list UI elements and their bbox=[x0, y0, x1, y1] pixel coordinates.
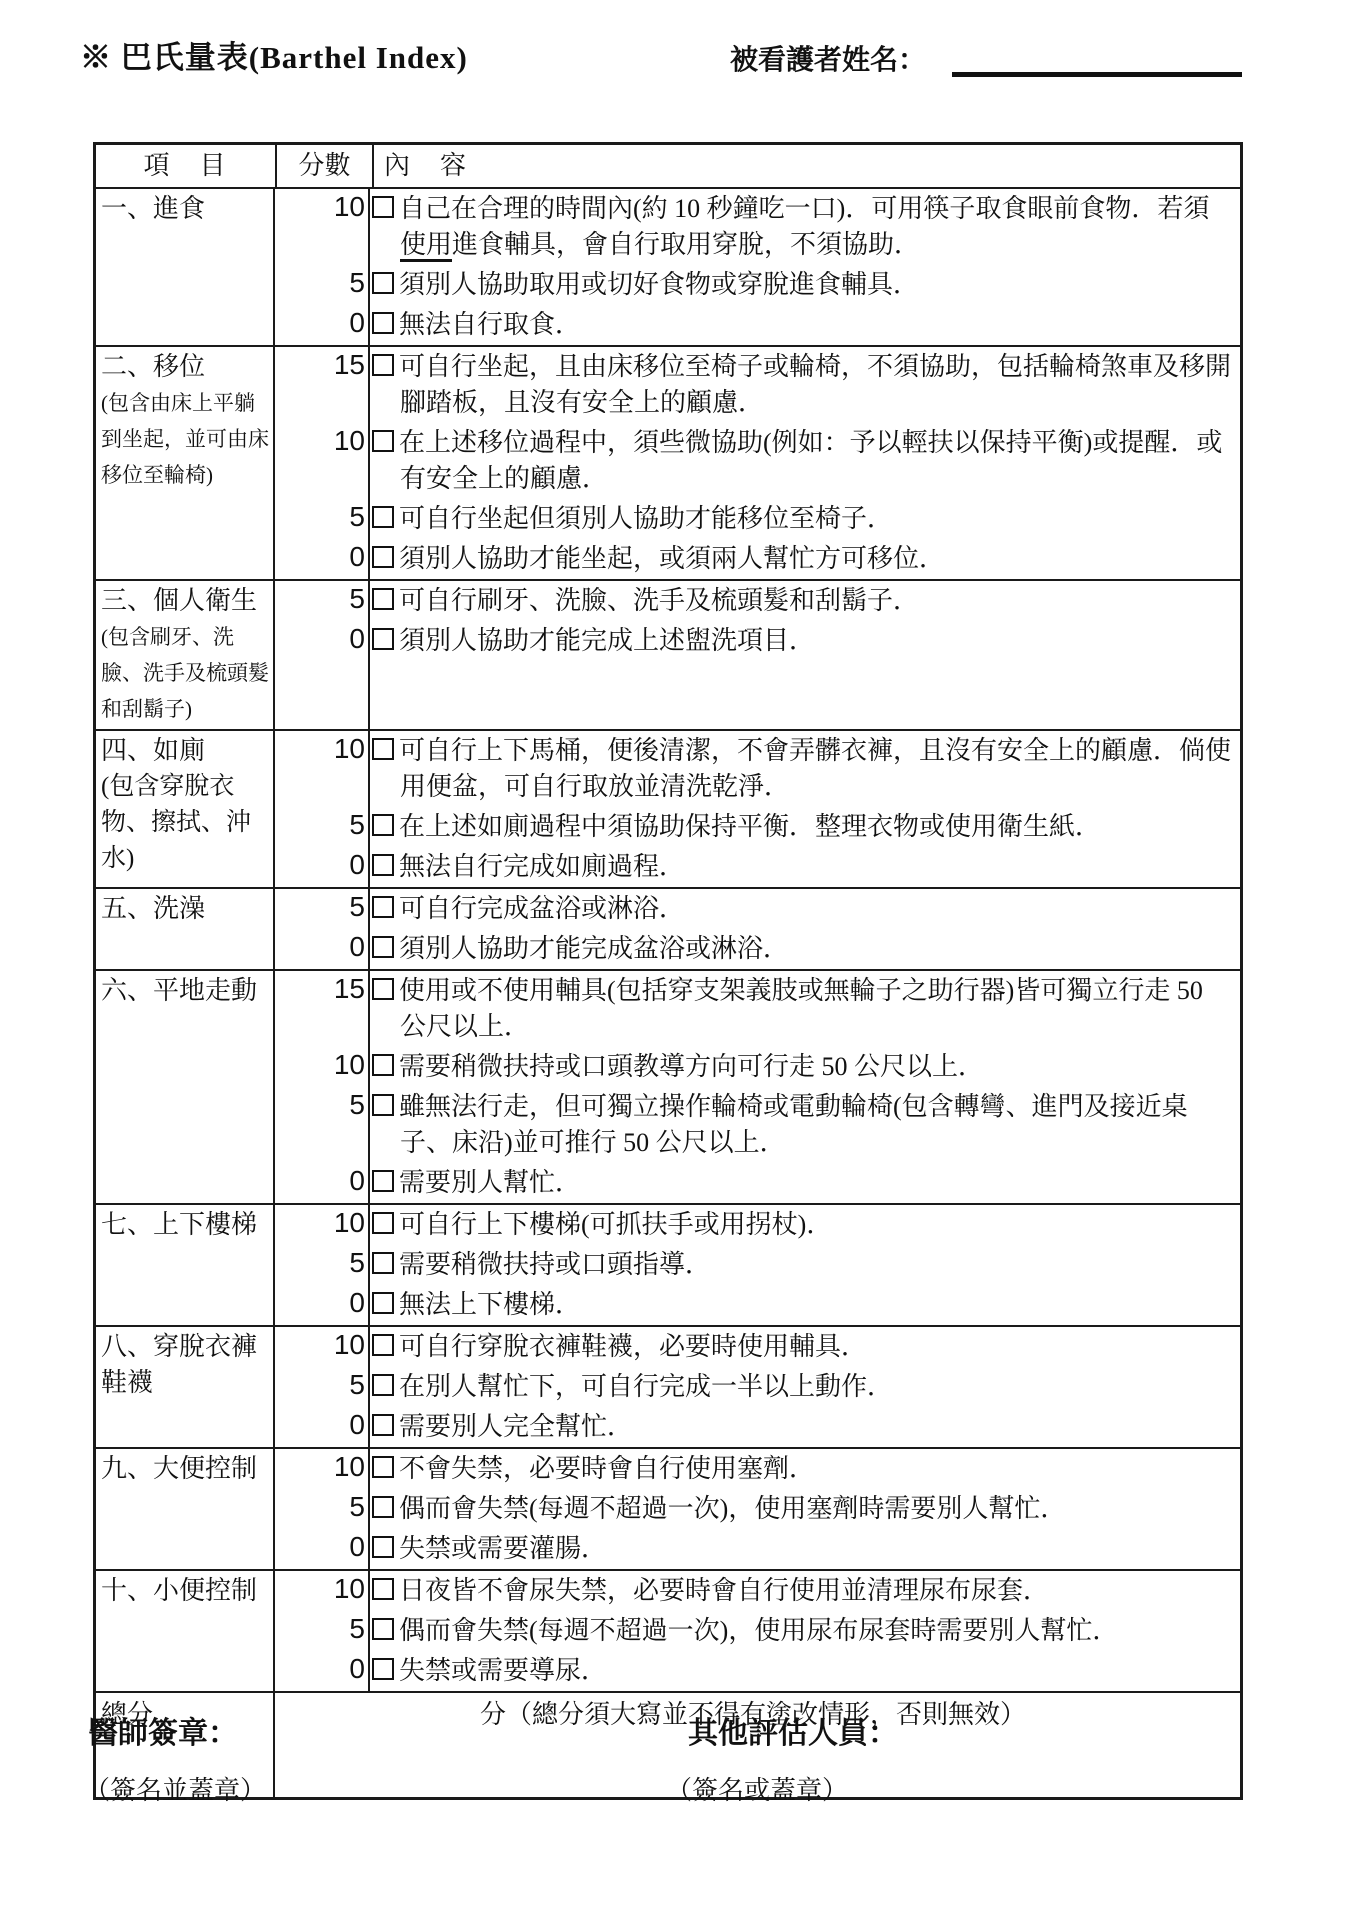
option-text: 在上述如廁過程中須協助保持平衡．整理衣物或使用衛生紙． bbox=[370, 807, 1240, 847]
checkbox-icon[interactable] bbox=[372, 1054, 394, 1076]
item-row: 四、如廁(包含穿脫衣物、擦拭、沖水)10可自行上下馬桶，便後清潔，不會弄髒衣褲，… bbox=[96, 729, 1240, 887]
option-score-value: 5 bbox=[275, 1367, 370, 1407]
option-text: 使用或不使用輔具(包括穿支架義肢或無輪子之助行器)皆可獨立行走 50 公尺以上． bbox=[370, 971, 1240, 1047]
option-text: 失禁或需要灌腸． bbox=[370, 1529, 1240, 1569]
item-row: 七、上下樓梯10可自行上下樓梯(可抓扶手或用拐杖)．5需要稍微扶持或口頭指導．0… bbox=[96, 1203, 1240, 1325]
option-row: 10可自行穿脫衣褲鞋襪，必要時使用輔具． bbox=[275, 1327, 1240, 1367]
option-score-value: 5 bbox=[275, 1087, 370, 1163]
option-score-value: 5 bbox=[275, 889, 370, 929]
checkbox-icon[interactable] bbox=[372, 1618, 394, 1640]
checkbox-icon[interactable] bbox=[372, 1292, 394, 1314]
option-text: 在上述移位過程中，須些微協助(例如：予以輕扶以保持平衡)或提醒．或有安全上的顧慮… bbox=[370, 423, 1240, 499]
option-text: 偶而會失禁(每週不超過一次)，使用尿布尿套時需要別人幫忙． bbox=[370, 1611, 1240, 1651]
option-text: 須別人協助才能坐起，或須兩人幫忙方可移位． bbox=[370, 539, 1240, 579]
option-text: 可自行坐起但須別人協助才能移位至椅子． bbox=[370, 499, 1240, 539]
option-score-value: 10 bbox=[275, 189, 370, 265]
item-options: 10日夜皆不會尿失禁，必要時會自行使用並清理尿布尿套．5偶而會失禁(每週不超過一… bbox=[275, 1571, 1240, 1691]
checkbox-icon[interactable] bbox=[372, 430, 394, 452]
other-assessor-label: 其他評估人員： bbox=[688, 1708, 898, 1752]
checkbox-icon[interactable] bbox=[372, 196, 394, 218]
option-score-value: 10 bbox=[275, 1047, 370, 1087]
option-score-value: 5 bbox=[275, 265, 370, 305]
header-item-column: 項 目 bbox=[96, 145, 277, 187]
page-title: ※ 巴氏量表(Barthel Index) bbox=[80, 32, 468, 77]
option-score-value: 0 bbox=[275, 1529, 370, 1569]
option-text: 需要別人完全幫忙． bbox=[370, 1407, 1240, 1447]
item-options: 10可自行上下馬桶，便後清潔，不會弄髒衣褲，且沒有安全上的顧慮．倘使用便盆，可自… bbox=[275, 731, 1240, 887]
checkbox-icon[interactable] bbox=[372, 978, 394, 1000]
header-content-column: 內 容 bbox=[374, 145, 1240, 187]
option-row: 0失禁或需要導尿． bbox=[275, 1651, 1240, 1691]
item-row: 五、洗澡5可自行完成盆浴或淋浴．0須別人協助才能完成盆浴或淋浴． bbox=[96, 887, 1240, 969]
option-score-value: 0 bbox=[275, 539, 370, 579]
option-text: 可自行上下馬桶，便後清潔，不會弄髒衣褲，且沒有安全上的顧慮．倘使用便盆，可自行取… bbox=[370, 731, 1240, 807]
item-label-cell: 三、個人衛生(包含刷牙、洗臉、洗手及梳頭髮和刮鬍子) bbox=[96, 581, 275, 729]
checkbox-icon[interactable] bbox=[372, 628, 394, 650]
checkbox-icon[interactable] bbox=[372, 546, 394, 568]
item-label-cell: 十、小便控制 bbox=[96, 1571, 275, 1691]
checkbox-icon[interactable] bbox=[372, 1658, 394, 1680]
option-text: 可自行坐起，且由床移位至椅子或輪椅，不須協助，包括輪椅煞車及移開腳踏板，且沒有安… bbox=[370, 347, 1240, 423]
item-label: 九、大便控制 bbox=[101, 1451, 270, 1487]
item-options: 15可自行坐起，且由床移位至椅子或輪椅，不須協助，包括輪椅煞車及移開腳踏板，且沒… bbox=[275, 347, 1240, 579]
item-row: 六、平地走動15使用或不使用輔具(包括穿支架義肢或無輪子之助行器)皆可獨立行走 … bbox=[96, 969, 1240, 1203]
option-row: 0需要別人完全幫忙． bbox=[275, 1407, 1240, 1447]
checkbox-icon[interactable] bbox=[372, 1456, 394, 1478]
item-label: 八、穿脫衣褲鞋襪 bbox=[101, 1329, 270, 1401]
option-row: 5可自行坐起但須別人協助才能移位至椅子． bbox=[275, 499, 1240, 539]
option-row: 5需要稍微扶持或口頭指導． bbox=[275, 1245, 1240, 1285]
checkbox-icon[interactable] bbox=[372, 312, 394, 334]
item-note: (包含穿脫衣物、擦拭、沖水) bbox=[101, 769, 270, 877]
option-row: 10可自行上下樓梯(可抓扶手或用拐杖)． bbox=[275, 1205, 1240, 1245]
option-row: 5須別人協助取用或切好食物或穿脫進食輔具． bbox=[275, 265, 1240, 305]
item-label-cell: 二、移位(包含由床上平躺到坐起，並可由床移位至輪椅) bbox=[96, 347, 275, 579]
item-options: 10不會失禁，必要時會自行使用塞劑．5偶而會失禁(每週不超過一次)，使用塞劑時需… bbox=[275, 1449, 1240, 1569]
option-row: 5在上述如廁過程中須協助保持平衡．整理衣物或使用衛生紙． bbox=[275, 807, 1240, 847]
item-row: 三、個人衛生(包含刷牙、洗臉、洗手及梳頭髮和刮鬍子)5可自行刷牙、洗臉、洗手及梳… bbox=[96, 579, 1240, 729]
checkbox-icon[interactable] bbox=[372, 588, 394, 610]
item-label: 三、個人衛生 bbox=[101, 583, 270, 619]
option-row: 5可自行完成盆浴或淋浴． bbox=[275, 889, 1240, 929]
item-label: 四、如廁 bbox=[101, 733, 270, 769]
item-row: 一、進食10自己在合理的時間內(約 10 秒鐘吃一口)．可用筷子取食眼前食物．若… bbox=[96, 187, 1240, 345]
option-score-value: 0 bbox=[275, 1407, 370, 1447]
option-text: 需要稍微扶持或口頭教導方向可行走 50 公尺以上． bbox=[370, 1047, 1240, 1087]
option-score-value: 5 bbox=[275, 499, 370, 539]
checkbox-icon[interactable] bbox=[372, 1170, 394, 1192]
option-text: 在別人幫忙下，可自行完成一半以上動作． bbox=[370, 1367, 1240, 1407]
option-score-value: 10 bbox=[275, 1205, 370, 1245]
option-row: 10不會失禁，必要時會自行使用塞劑． bbox=[275, 1449, 1240, 1489]
option-text: 無法自行完成如廁過程． bbox=[370, 847, 1240, 887]
option-row: 10日夜皆不會尿失禁，必要時會自行使用並清理尿布尿套． bbox=[275, 1571, 1240, 1611]
option-score-value: 0 bbox=[275, 847, 370, 887]
option-row: 10自己在合理的時間內(約 10 秒鐘吃一口)．可用筷子取食眼前食物．若須使用進… bbox=[275, 189, 1240, 265]
option-text: 可自行完成盆浴或淋浴． bbox=[370, 889, 1240, 929]
item-label-cell: 一、進食 bbox=[96, 189, 275, 345]
option-text: 自己在合理的時間內(約 10 秒鐘吃一口)．可用筷子取食眼前食物．若須使用進食輔… bbox=[370, 189, 1240, 265]
item-row: 二、移位(包含由床上平躺到坐起，並可由床移位至輪椅)15可自行坐起，且由床移位至… bbox=[96, 345, 1240, 579]
item-note: (包含刷牙、洗臉、洗手及梳頭髮和刮鬍子) bbox=[101, 619, 270, 727]
item-label: 一、進食 bbox=[101, 191, 270, 227]
checkbox-icon[interactable] bbox=[372, 1334, 394, 1356]
table-header-row: 項 目 分數 內 容 bbox=[96, 145, 1240, 187]
item-label-cell: 七、上下樓梯 bbox=[96, 1205, 275, 1325]
option-score-value: 5 bbox=[275, 581, 370, 621]
checkbox-icon[interactable] bbox=[372, 738, 394, 760]
option-row: 0無法自行取食． bbox=[275, 305, 1240, 345]
option-text: 偶而會失禁(每週不超過一次)，使用塞劑時需要別人幫忙． bbox=[370, 1489, 1240, 1529]
checkbox-icon[interactable] bbox=[372, 1578, 394, 1600]
item-options: 10自己在合理的時間內(約 10 秒鐘吃一口)．可用筷子取食眼前食物．若須使用進… bbox=[275, 189, 1240, 345]
option-score-value: 15 bbox=[275, 971, 370, 1047]
checkbox-icon[interactable] bbox=[372, 854, 394, 876]
item-note: (包含由床上平躺到坐起，並可由床移位至輪椅) bbox=[101, 385, 270, 493]
option-score-value: 0 bbox=[275, 1285, 370, 1325]
option-text: 可自行穿脫衣褲鞋襪，必要時使用輔具． bbox=[370, 1327, 1240, 1367]
option-row: 0需要別人幫忙． bbox=[275, 1163, 1240, 1203]
other-assessor-note: （簽名或蓋章） bbox=[666, 1770, 848, 1807]
header-score-column: 分數 bbox=[277, 145, 374, 187]
checkbox-icon[interactable] bbox=[372, 1374, 394, 1396]
checkbox-icon[interactable] bbox=[372, 814, 394, 836]
option-row: 0無法自行完成如廁過程． bbox=[275, 847, 1240, 887]
item-label: 二、移位 bbox=[101, 349, 270, 385]
barthel-index-form-page: ※ 巴氏量表(Barthel Index) 被看護者姓名： 項 目 分數 內 容… bbox=[0, 0, 1358, 1920]
checkbox-icon[interactable] bbox=[372, 1094, 394, 1116]
checkbox-icon[interactable] bbox=[372, 896, 394, 918]
option-row: 15可自行坐起，且由床移位至椅子或輪椅，不須協助，包括輪椅煞車及移開腳踏板，且沒… bbox=[275, 347, 1240, 423]
option-row: 5可自行刷牙、洗臉、洗手及梳頭髮和刮鬍子． bbox=[275, 581, 1240, 621]
item-label: 七、上下樓梯 bbox=[101, 1207, 270, 1243]
underlined-text: 使用 bbox=[400, 230, 452, 262]
option-text: 失禁或需要導尿． bbox=[370, 1651, 1240, 1691]
option-text: 可自行上下樓梯(可抓扶手或用拐杖)． bbox=[370, 1205, 1240, 1245]
option-score-value: 5 bbox=[275, 1489, 370, 1529]
option-text: 無法自行取食． bbox=[370, 305, 1240, 345]
table-body: 一、進食10自己在合理的時間內(約 10 秒鐘吃一口)．可用筷子取食眼前食物．若… bbox=[96, 187, 1240, 1691]
item-options: 5可自行刷牙、洗臉、洗手及梳頭髮和刮鬍子．0須別人協助才能完成上述盥洗項目． bbox=[275, 581, 1240, 729]
item-label-cell: 五、洗澡 bbox=[96, 889, 275, 969]
checkbox-icon[interactable] bbox=[372, 1414, 394, 1436]
checkbox-icon[interactable] bbox=[372, 1252, 394, 1274]
item-options: 10可自行上下樓梯(可抓扶手或用拐杖)．5需要稍微扶持或口頭指導．0無法上下樓梯… bbox=[275, 1205, 1240, 1325]
item-options: 10可自行穿脫衣褲鞋襪，必要時使用輔具．5在別人幫忙下，可自行完成一半以上動作．… bbox=[275, 1327, 1240, 1447]
barthel-index-table: 項 目 分數 內 容 一、進食10自己在合理的時間內(約 10 秒鐘吃一口)．可… bbox=[93, 142, 1243, 1800]
option-score-value: 15 bbox=[275, 347, 370, 423]
option-text: 無法上下樓梯． bbox=[370, 1285, 1240, 1325]
option-row: 5雖無法行走，但可獨立操作輪椅或電動輪椅(包含轉彎、進門及接近桌子、床沿)並可推… bbox=[275, 1087, 1240, 1163]
option-score-value: 5 bbox=[275, 1245, 370, 1285]
option-text: 雖無法行走，但可獨立操作輪椅或電動輪椅(包含轉彎、進門及接近桌子、床沿)並可推行… bbox=[370, 1087, 1240, 1163]
option-text: 可自行刷牙、洗臉、洗手及梳頭髮和刮鬍子． bbox=[370, 581, 1240, 621]
option-row: 5在別人幫忙下，可自行完成一半以上動作． bbox=[275, 1367, 1240, 1407]
option-score-value: 0 bbox=[275, 929, 370, 969]
checkbox-icon[interactable] bbox=[372, 1536, 394, 1558]
option-row: 10在上述移位過程中，須些微協助(例如：予以輕扶以保持平衡)或提醒．或有安全上的… bbox=[275, 423, 1240, 499]
care-recipient-name-label: 被看護者姓名： bbox=[730, 38, 926, 78]
option-row: 15使用或不使用輔具(包括穿支架義肢或無輪子之助行器)皆可獨立行走 50 公尺以… bbox=[275, 971, 1240, 1047]
option-text: 須別人協助才能完成上述盥洗項目． bbox=[370, 621, 1240, 729]
item-row: 九、大便控制10不會失禁，必要時會自行使用塞劑．5偶而會失禁(每週不超過一次)，… bbox=[96, 1447, 1240, 1569]
option-text: 需要稍微扶持或口頭指導． bbox=[370, 1245, 1240, 1285]
option-score-value: 0 bbox=[275, 1163, 370, 1203]
checkbox-icon[interactable] bbox=[372, 272, 394, 294]
option-text: 日夜皆不會尿失禁，必要時會自行使用並清理尿布尿套． bbox=[370, 1571, 1240, 1611]
option-row: 0無法上下樓梯． bbox=[275, 1285, 1240, 1325]
option-row: 0須別人協助才能完成上述盥洗項目． bbox=[275, 621, 1240, 729]
option-score-value: 10 bbox=[275, 423, 370, 499]
option-score-value: 10 bbox=[275, 1571, 370, 1611]
option-score-value: 10 bbox=[275, 1327, 370, 1367]
item-label: 五、洗澡 bbox=[101, 891, 270, 927]
item-row: 八、穿脫衣褲鞋襪10可自行穿脫衣褲鞋襪，必要時使用輔具．5在別人幫忙下，可自行完… bbox=[96, 1325, 1240, 1447]
care-recipient-name-blank-line[interactable] bbox=[952, 46, 1242, 77]
title-text: 巴氏量表(Barthel Index) bbox=[121, 40, 468, 75]
option-row: 5偶而會失禁(每週不超過一次)，使用塞劑時需要別人幫忙． bbox=[275, 1489, 1240, 1529]
item-label: 十、小便控制 bbox=[101, 1573, 270, 1609]
item-label-cell: 六、平地走動 bbox=[96, 971, 275, 1203]
item-options: 5可自行完成盆浴或淋浴．0須別人協助才能完成盆浴或淋浴． bbox=[275, 889, 1240, 969]
option-row: 10可自行上下馬桶，便後清潔，不會弄髒衣褲，且沒有安全上的顧慮．倘使用便盆，可自… bbox=[275, 731, 1240, 807]
option-score-value: 0 bbox=[275, 621, 370, 729]
checkbox-icon[interactable] bbox=[372, 1496, 394, 1518]
physician-signature-label: 醫師簽章： bbox=[88, 1708, 238, 1752]
option-text: 需要別人幫忙． bbox=[370, 1163, 1240, 1203]
item-label-cell: 九、大便控制 bbox=[96, 1449, 275, 1569]
option-row: 0須別人協助才能坐起，或須兩人幫忙方可移位． bbox=[275, 539, 1240, 579]
item-label-cell: 四、如廁(包含穿脫衣物、擦拭、沖水) bbox=[96, 731, 275, 887]
physician-signature-note: （簽名並蓋章） bbox=[84, 1770, 266, 1807]
option-score-value: 0 bbox=[275, 305, 370, 345]
option-row: 5偶而會失禁(每週不超過一次)，使用尿布尿套時需要別人幫忙． bbox=[275, 1611, 1240, 1651]
option-row: 0須別人協助才能完成盆浴或淋浴． bbox=[275, 929, 1240, 969]
item-row: 十、小便控制10日夜皆不會尿失禁，必要時會自行使用並清理尿布尿套．5偶而會失禁(… bbox=[96, 1569, 1240, 1691]
option-text: 須別人協助才能完成盆浴或淋浴． bbox=[370, 929, 1240, 969]
title-marker-icon: ※ bbox=[80, 40, 112, 75]
item-options: 15使用或不使用輔具(包括穿支架義肢或無輪子之助行器)皆可獨立行走 50 公尺以… bbox=[275, 971, 1240, 1203]
checkbox-icon[interactable] bbox=[372, 354, 394, 376]
option-row: 10需要稍微扶持或口頭教導方向可行走 50 公尺以上． bbox=[275, 1047, 1240, 1087]
option-score-value: 10 bbox=[275, 1449, 370, 1489]
item-label-cell: 八、穿脫衣褲鞋襪 bbox=[96, 1327, 275, 1447]
option-text: 須別人協助取用或切好食物或穿脫進食輔具． bbox=[370, 265, 1240, 305]
option-text: 不會失禁，必要時會自行使用塞劑． bbox=[370, 1449, 1240, 1489]
option-score-value: 5 bbox=[275, 807, 370, 847]
option-row: 0失禁或需要灌腸． bbox=[275, 1529, 1240, 1569]
checkbox-icon[interactable] bbox=[372, 1212, 394, 1234]
option-score-value: 5 bbox=[275, 1611, 370, 1651]
checkbox-icon[interactable] bbox=[372, 936, 394, 958]
checkbox-icon[interactable] bbox=[372, 506, 394, 528]
option-score-value: 0 bbox=[275, 1651, 370, 1691]
item-label: 六、平地走動 bbox=[101, 973, 270, 1009]
option-score-value: 10 bbox=[275, 731, 370, 807]
